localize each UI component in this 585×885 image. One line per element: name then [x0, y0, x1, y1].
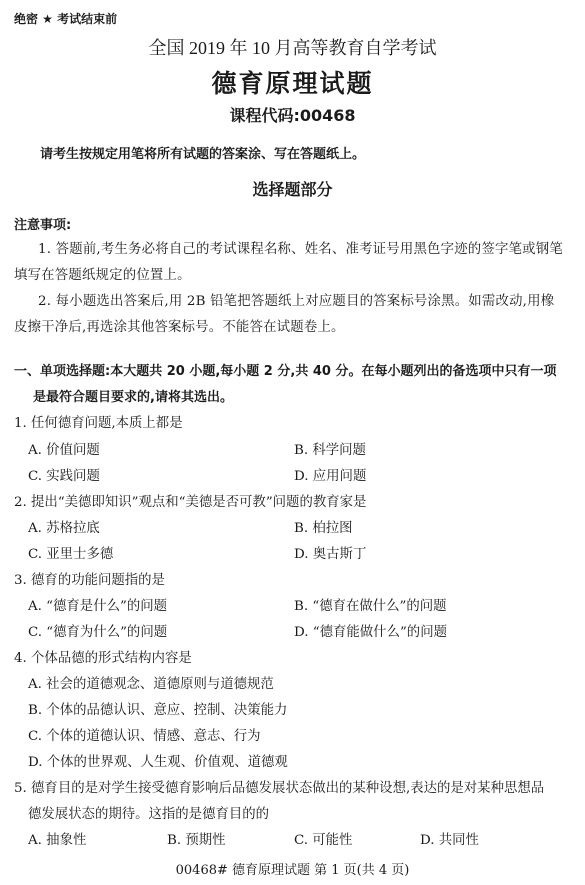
question-4-option-a: A. 社会的道德观念、道德原则与道德规范 — [28, 673, 274, 692]
question-5-stem-line-2: 德发展状态的期待。这指的是德育目的的 — [28, 803, 269, 822]
question-5-option-c: C. 可能性 — [294, 829, 352, 848]
part-one-heading-line-1: 一、单项选择题:本大题共 20 小题,每小题 2 分,共 40 分。在每小题列出… — [14, 360, 556, 379]
paper-title: 德育原理试题 — [0, 64, 585, 100]
question-3-stem: 3. 德育的功能问题指的是 — [14, 569, 165, 588]
question-4-option-d: D. 个体的世界观、人生观、价值观、道德观 — [28, 751, 288, 770]
question-1-option-b: B. 科学问题 — [294, 439, 366, 458]
notice-item-1-line-1: 1. 答题前,考生务必将自己的考试课程名称、姓名、准考证号用黑色字迹的签字笔或钢… — [38, 238, 563, 257]
part-one-heading-line-2: 是最符合题目要求的,请将其选出。 — [33, 386, 233, 405]
answer-instruction: 请考生按规定用笔将所有试题的答案涂、写在答题纸上。 — [40, 143, 365, 162]
question-2-option-b: B. 柏拉图 — [294, 517, 353, 536]
question-3-option-a: A. “德育是什么”的问题 — [28, 595, 167, 614]
question-5-option-a: A. 抽象性 — [28, 829, 86, 848]
notice-item-2-line-2: 皮擦干净后,再选涂其他答案标号。不能答在试题卷上。 — [14, 316, 345, 335]
question-1-option-d: D. 应用问题 — [294, 465, 366, 484]
page-footer: 00468# 德育原理试题 第 1 页(共 4 页) — [0, 859, 585, 878]
notice-item-2-line-1: 2. 每小题选出答案后,用 2B 铅笔把答题纸上对应题目的答案标号涂黑。如需改动… — [38, 290, 554, 309]
question-3-option-c: C. “德育为什么”的问题 — [28, 621, 167, 640]
course-code: 课程代码:00468 — [0, 103, 585, 126]
confidential-label: 绝密 ★ 考试结束前 — [14, 10, 117, 27]
question-3-option-d: D. “德育能做什么”的问题 — [294, 621, 447, 640]
notice-label: 注意事项: — [14, 214, 71, 233]
notice-item-1-line-2: 填写在答题纸规定的位置上。 — [14, 264, 191, 283]
question-1-stem: 1. 任何德育问题,本质上都是 — [14, 412, 183, 431]
section-title: 选择题部分 — [0, 177, 585, 200]
question-2-stem: 2. 提出“美德即知识”观点和“美德是否可教”问题的教育家是 — [14, 491, 366, 510]
question-1-option-c: C. 实践问题 — [28, 465, 100, 484]
question-5-stem-line-1: 5. 德育目的是对学生接受德育影响后品德发展状态做出的某种设想,表达的是对某种思… — [14, 777, 544, 796]
exam-title: 全国 2019 年 10 月高等教育自学考试 — [0, 34, 585, 60]
question-2-option-a: A. 苏格拉底 — [28, 517, 100, 536]
question-4-stem: 4. 个体品德的形式结构内容是 — [14, 647, 192, 666]
question-3-option-b: B. “德育在做什么”的问题 — [294, 595, 447, 614]
question-2-option-c: C. 亚里士多德 — [28, 543, 113, 562]
question-4-option-c: C. 个体的道德认识、情感、意志、行为 — [28, 725, 261, 744]
question-1-option-a: A. 价值问题 — [28, 439, 100, 458]
question-5-option-b: B. 预期性 — [167, 829, 226, 848]
question-2-option-d: D. 奥古斯丁 — [294, 543, 366, 562]
question-5-option-d: D. 共同性 — [420, 829, 479, 848]
question-4-option-b: B. 个体的品德认识、意应、控制、决策能力 — [28, 699, 287, 718]
